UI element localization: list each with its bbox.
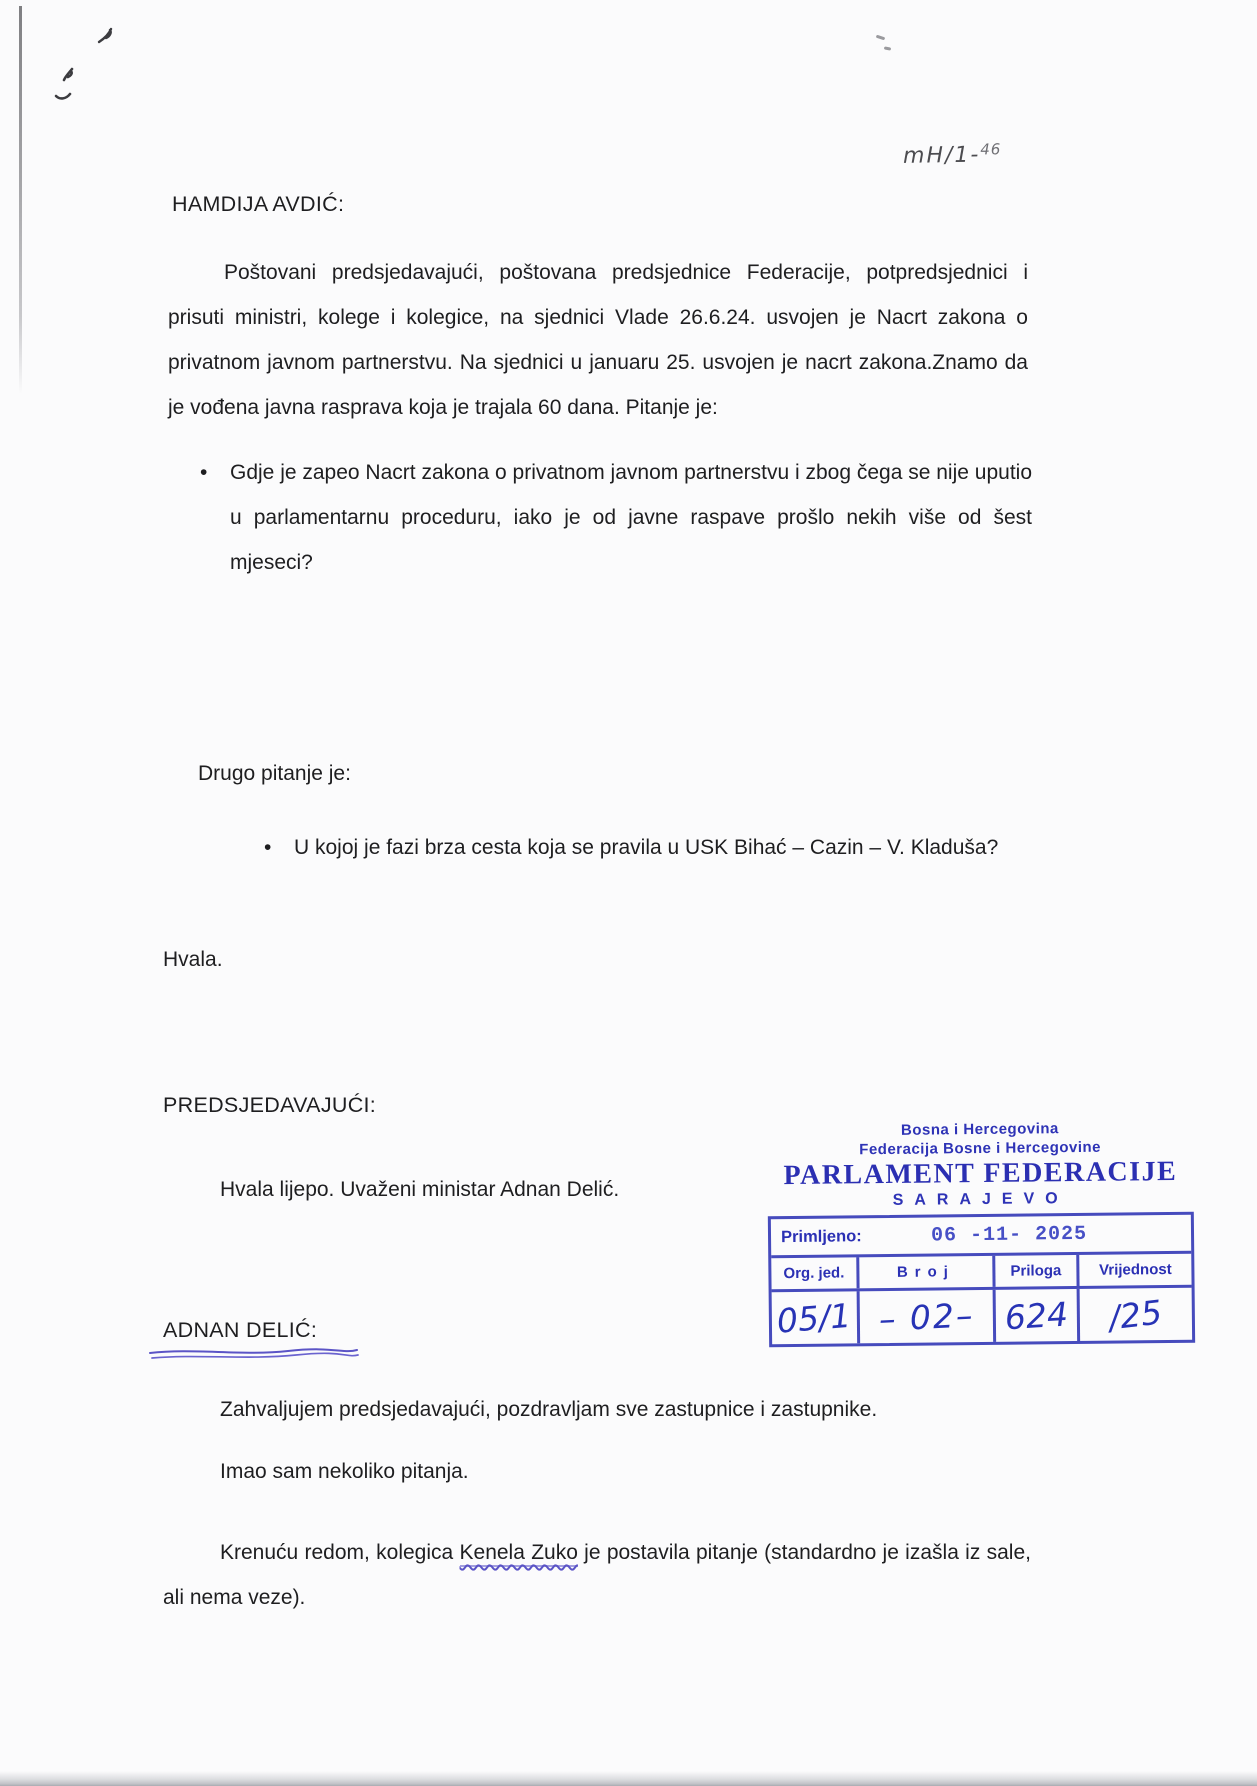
- scanned-document-page: mH/1-46 HAMDIJA AVDIĆ: Poštovani predsje…: [0, 0, 1257, 1786]
- stamp-col-priloga: Priloga: [995, 1255, 1079, 1287]
- stamp-parliament-line: PARLAMENT FEDERACIJE: [767, 1156, 1193, 1191]
- subheading-drugo-pitanje: Drugo pitanje je:: [198, 762, 351, 786]
- stamp-header-row: Org. jed. Broj Priloga Vrijednost: [771, 1254, 1191, 1292]
- scan-bottom-edge: [0, 1771, 1257, 1786]
- stamp-table: Primljeno: 06 -11- 2025 Org. jed. Broj P…: [768, 1212, 1195, 1347]
- handwritten-org-jed: 05/1: [776, 1295, 853, 1340]
- handwritten-vrijednost: /25: [1107, 1292, 1164, 1337]
- stamp-city-line: SARAJEVO: [768, 1187, 1194, 1213]
- stamp-col-broj: Broj: [859, 1256, 995, 1288]
- bullet-text: U kojoj je fazi brza cesta koja se pravi…: [294, 825, 998, 870]
- parliament-receipt-stamp: Bosna i Hercegovina Federacija Bosne i H…: [767, 1118, 1195, 1347]
- paragraph-text: Krenuću redom, kolegica: [220, 1541, 460, 1564]
- reference-suffix: 46: [980, 140, 1001, 158]
- stamp-primljeno-label: Primljeno:: [771, 1226, 931, 1247]
- ink-smudge-mark: [95, 27, 117, 53]
- pencil-mark: [876, 35, 885, 41]
- reference-prefix: mH/1-: [903, 143, 981, 169]
- avdic-paragraph: Poštovani predsjedavajući, poštovana pre…: [168, 250, 1028, 430]
- stamp-col-vrijednost: Vrijednost: [1079, 1254, 1191, 1286]
- bullet-marker: •: [264, 825, 294, 870]
- hvala-closing: Hvala.: [163, 948, 223, 972]
- ink-smudge-mark: [52, 66, 82, 104]
- bullet-text: Gdje je zapeo Nacrt zakona o privatnom j…: [230, 450, 1032, 585]
- bullet-item: • Gdje je zapeo Nacrt zakona o privatnom…: [200, 450, 1032, 585]
- handwritten-reference-mark: mH/1-46: [903, 140, 1002, 169]
- pencil-mark: [884, 46, 891, 50]
- speaker-heading-avdic: HAMDIJA AVDIĆ:: [172, 192, 344, 217]
- delic-paragraph-2: Imao sam nekoliko pitanja.: [220, 1460, 469, 1484]
- speaker-heading-delic: ADNAN DELIĆ:: [163, 1318, 317, 1343]
- stamp-received-date: 06 -11- 2025: [931, 1222, 1087, 1247]
- bullet-marker: •: [200, 450, 230, 585]
- delic-paragraph-1: Zahvaljujem predsjedavajući, pozdravljam…: [220, 1398, 877, 1422]
- stamp-values-row: 05/1 – 02– 624 /25: [772, 1288, 1193, 1344]
- scan-left-edge-line: [19, 6, 22, 394]
- handwritten-priloga: 624: [1004, 1294, 1069, 1337]
- predsjedavajuci-paragraph: Hvala lijepo. Uvaženi ministar Adnan Del…: [220, 1178, 619, 1202]
- stamp-row-primljeno: Primljeno: 06 -11- 2025: [771, 1215, 1191, 1258]
- speaker-heading-predsjedavajuci: PREDSJEDAVAJUĆI:: [163, 1093, 376, 1118]
- stamp-col-org-jed: Org. jed.: [771, 1257, 859, 1289]
- underlined-name-kenela-zuko: Kenela Zuko: [460, 1541, 578, 1567]
- handwritten-broj: – 02–: [878, 1295, 975, 1338]
- bullet-item: • U kojoj je fazi brza cesta koja se pra…: [264, 825, 1012, 870]
- pen-double-underline: [148, 1346, 360, 1362]
- delic-paragraph-3: Krenuću redom, kolegica Kenela Zuko je p…: [163, 1530, 1031, 1620]
